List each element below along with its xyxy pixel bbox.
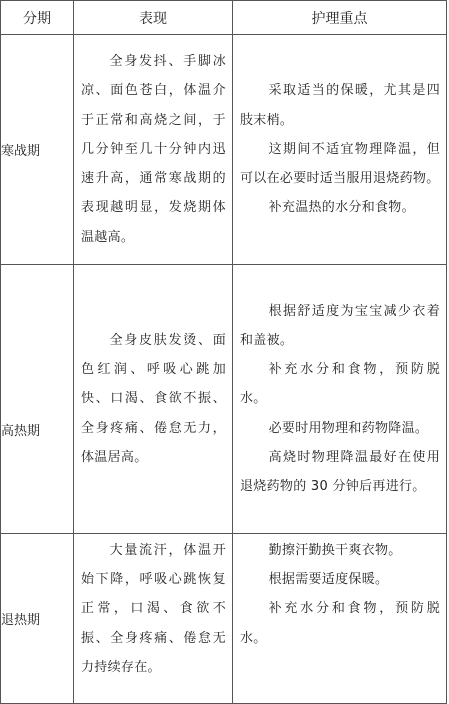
symptoms-cell: 全身皮肤发烫、面色红润、呼吸心跳加快、口渴、食欲不振、全身疼痛、倦怠无力，体温居… — [74, 265, 233, 534]
care-item: 根据舒适度为宝宝减少衣着和盖被。 — [240, 297, 440, 355]
care-item: 补充温热的水分和食物。 — [240, 193, 440, 222]
header-symptoms: 表现 — [74, 1, 233, 35]
symptoms-text: 全身发抖、手脚冰凉、面色苍白，体温介于正常和高烧之间，于几分钟至几十分钟内迅速升… — [81, 47, 226, 251]
table-row: 高热期 全身皮肤发烫、面色红润、呼吸心跳加快、口渴、食欲不振、全身疼痛、倦怠无力… — [1, 265, 447, 534]
care-item: 这期间不适宜物理降温，但可以在必要时适当服用退烧药物。 — [240, 135, 440, 193]
symptoms-cell: 全身发抖、手脚冰凉、面色苍白，体温介于正常和高烧之间，于几分钟至几十分钟内迅速升… — [74, 35, 233, 265]
table-row: 寒战期 全身发抖、手脚冰凉、面色苍白，体温介于正常和高烧之间，于几分钟至几十分钟… — [1, 35, 447, 265]
table-row: 退热期 大量流汗，体温开始下降，呼吸心跳恢复正常，口渴、食欲不振、全身疼痛、倦怠… — [1, 534, 447, 695]
symptoms-cell: 大量流汗，体温开始下降，呼吸心跳恢复正常，口渴、食欲不振、全身疼痛、倦怠无力持续… — [74, 534, 233, 695]
phase-cell: 高热期 — [1, 265, 74, 534]
care-item: 补充水分和食物，预防脱水。 — [240, 594, 440, 652]
header-care: 护理重点 — [233, 1, 447, 35]
header-row: 分期 表现 护理重点 — [1, 1, 447, 35]
symptoms-text: 大量流汗，体温开始下降，呼吸心跳恢复正常，口渴、食欲不振、全身疼痛、倦怠无力持续… — [81, 536, 226, 682]
care-item: 必要时用物理和药物降温。 — [240, 414, 440, 443]
care-item: 根据需要适度保暖。 — [240, 565, 440, 594]
care-item: 采取适当的保暖，尤其是四肢末梢。 — [240, 76, 440, 134]
care-cell: 根据舒适度为宝宝减少衣着和盖被。 补充水分和食物，预防脱水。 必要时用物理和药物… — [233, 265, 447, 534]
symptoms-text: 全身皮肤发烫、面色红润、呼吸心跳加快、口渴、食欲不振、全身疼痛、倦怠无力，体温居… — [81, 326, 226, 472]
header-phase: 分期 — [1, 1, 74, 35]
fever-care-table: 分期 表现 护理重点 寒战期 全身发抖、手脚冰凉、面色苍白，体温介于正常和高烧之… — [0, 0, 447, 694]
care-cell: 勤擦汗勤换干爽衣物。 根据需要适度保暖。 补充水分和食物，预防脱水。 — [233, 534, 447, 695]
care-cell: 采取适当的保暖，尤其是四肢末梢。 这期间不适宜物理降温，但可以在必要时适当服用退… — [233, 35, 447, 265]
phase-cell: 退热期 — [1, 534, 74, 695]
care-item: 补充水分和食物，预防脱水。 — [240, 355, 440, 413]
care-item: 勤擦汗勤换干爽衣物。 — [240, 536, 440, 565]
phase-cell: 寒战期 — [1, 35, 74, 265]
care-item: 高烧时物理降温最好在使用退烧药物的 30 分钟后再进行。 — [240, 443, 440, 501]
